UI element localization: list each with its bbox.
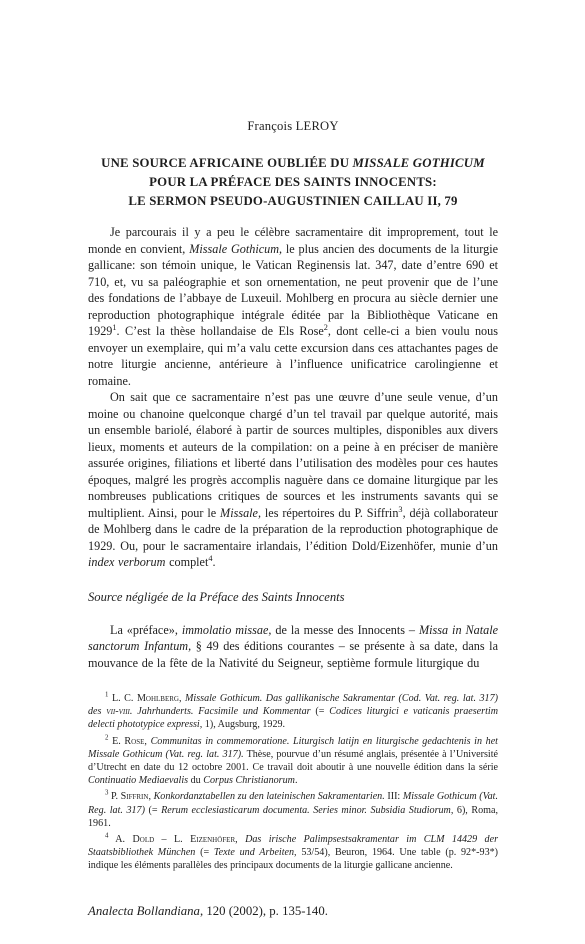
article-title: UNE SOURCE AFRICAINE OUBLIÉE DU MISSALE … [88,154,498,211]
journal-citation: Analecta Bollandiana, 120 (2002), p. 135… [88,904,498,919]
paragraph-1: Je parcourais il y a peu le célèbre sacr… [88,224,498,389]
document-page: François LEROY UNE SOURCE AFRICAINE OUBL… [0,0,585,944]
footnote-1: 1 L. C. Mohlberg, Missale Gothicum. Das … [88,692,498,732]
footnote-4: 4 A. Dold – L. Eizenhöfer, Das irische P… [88,833,498,873]
paragraph-3: La «préface», immolatio missae, de la me… [88,622,498,672]
article-body: Je parcourais il y a peu le célèbre sacr… [88,224,498,671]
title-line-2: POUR LA PRÉFACE DES SAINTS INNOCENTS: [88,173,498,192]
footnote-2: 2 E. Rose, Communitas in commemoratione.… [88,735,498,788]
text-column: François LEROY UNE SOURCE AFRICAINE OUBL… [88,0,498,919]
title-line-1: UNE SOURCE AFRICAINE OUBLIÉE DU MISSALE … [88,154,498,173]
footnotes-block: 1 L. C. Mohlberg, Missale Gothicum. Das … [88,692,498,873]
title-line-3: LE SERMON PSEUDO-AUGUSTINIEN CAILLAU II,… [88,192,498,211]
footnote-3: 3 P. Siffrin, Konkordanztabellen zu den … [88,790,498,830]
section-heading: Source négligée de la Préface des Saints… [88,590,498,605]
author-name: François LEROY [88,119,498,134]
paragraph-2: On sait que ce sacramentaire n’est pas u… [88,389,498,571]
